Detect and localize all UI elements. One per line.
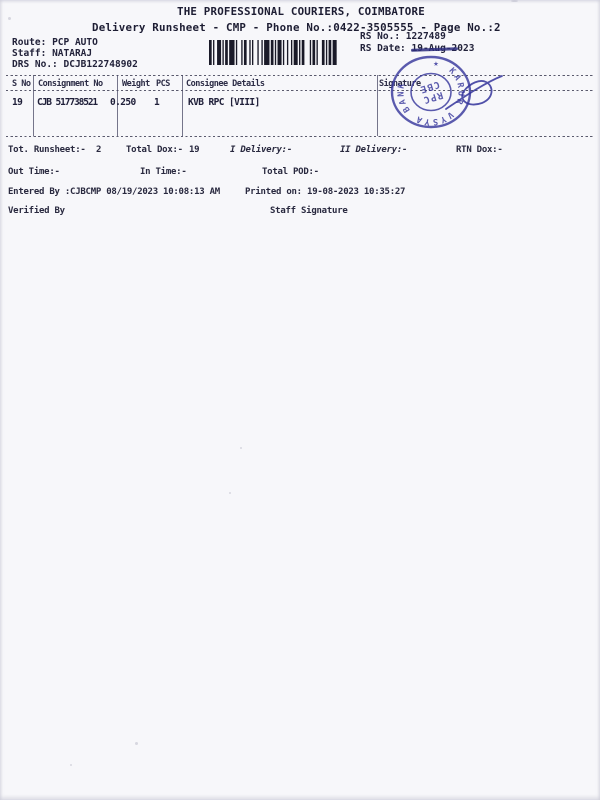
cell-consignment-no: CJB 517738521 [37,97,97,108]
staff-row: Staff: NATARAJ [12,48,92,59]
total-dox-value: 19 [189,145,199,155]
ii-delivery-label: II Delivery:- [340,145,407,155]
scan-speck [240,447,242,449]
table-col-divider [33,75,34,136]
drs-row: DRS No.: DCJB122748902 [12,59,138,70]
stamp-star-icon: ★ [433,59,439,69]
stamp-center-text: RPC CBE [418,78,444,105]
out-time-label: Out Time:- [8,167,60,177]
tot-runsheet-label: Tot. Runsheet:- [8,145,86,155]
route-row: Route: PCP AUTO [12,37,98,48]
cell-s-no: 19 [12,97,22,108]
col-header-weight: Weight [122,79,150,89]
company-title: THE PROFESSIONAL COURIERS, COIMBATORE [177,5,425,18]
total-dox-label: Total Dox:- [126,145,183,155]
in-time-label: In Time:- [140,167,187,177]
printed-on-text: Printed on: 19-08-2023 10:35:27 [245,187,405,197]
rs-no-value: 1227489 [406,31,446,42]
route-label: Route: [12,37,46,48]
col-header-s-no: S No [12,79,30,89]
scan-speck [135,742,138,745]
route-value: PCP AUTO [52,37,98,48]
entered-by-text: Entered By :CJBCMP 08/19/2023 10:08:13 A… [8,187,220,197]
scan-speck [8,17,11,20]
scan-speck [70,764,72,766]
runsheet-barcode [209,40,338,65]
drs-label: DRS No.: [12,59,58,70]
cell-weight: 0.250 [110,97,136,108]
scan-speck [229,492,231,494]
scan-speck [511,0,518,2]
bank-rubber-stamp: KARUR VYSYA BANK ★ RPC CBE [376,42,516,160]
staff-value: NATARAJ [52,48,92,59]
rs-no-row: RS No.: 1227489 [360,31,446,42]
verified-by-label: Verified By [8,206,65,216]
i-delivery-label: I Delivery:- [230,145,292,155]
cell-pcs: 1 [154,97,159,108]
staff-signature-label: Staff Signature [270,206,348,216]
cell-consignee-details: KVB RPC [VIII] [188,97,260,108]
total-pod-label: Total POD:- [262,167,319,177]
tot-runsheet-value: 2 [96,145,101,155]
scanned-delivery-runsheet: { "header": { "title": "THE PROFESSIONAL… [0,0,600,800]
staff-label: Staff: [12,48,46,59]
col-header-pcs: PCS [156,79,170,89]
rs-no-label: RS No.: [360,31,400,42]
drs-value: DCJB122748902 [64,59,138,70]
col-header-consignee-details: Consignee Details [186,79,265,89]
col-header-consignment-no: Consignment No [38,79,103,89]
table-col-divider [182,75,183,136]
rtn-dox-label: RTN Dox:- [456,145,503,155]
